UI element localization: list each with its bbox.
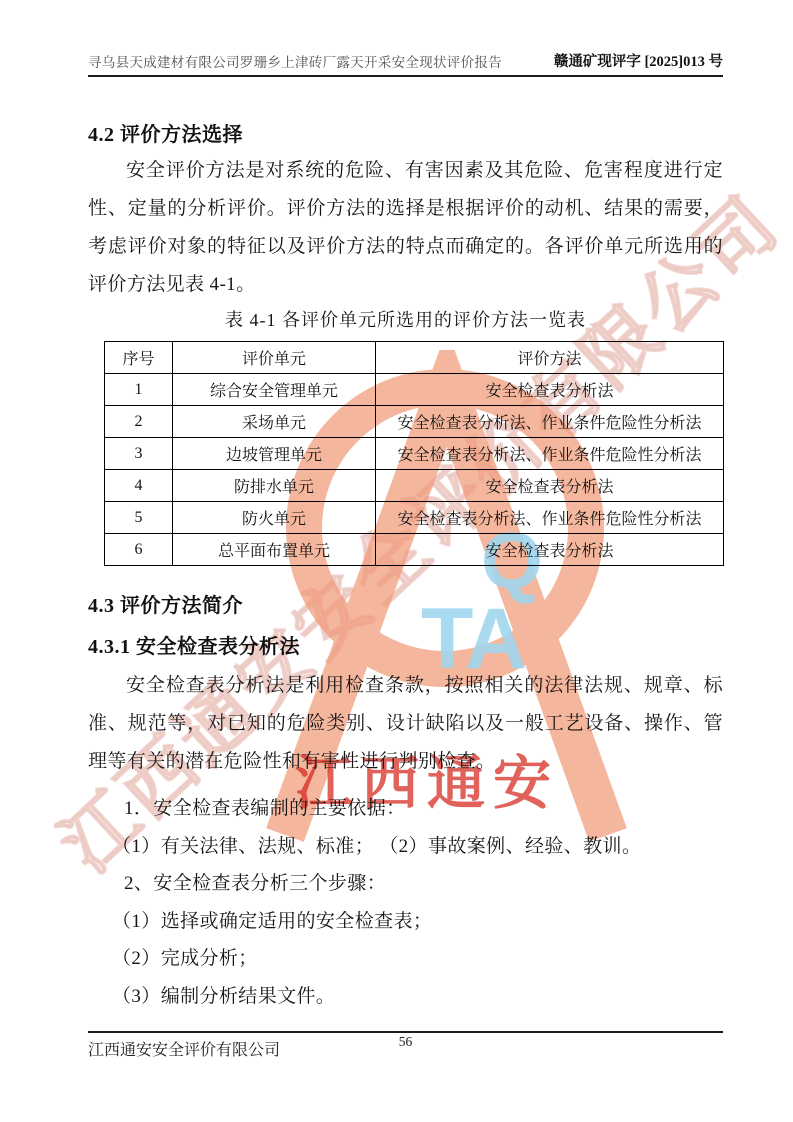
section-4-3-1-heading: 4.3.1 安全检查表分析法 xyxy=(88,630,723,659)
section-4-2-paragraph: 安全评价方法是对系统的危险、有害因素及其危险、危害程度进行定性、定量的分析评价。… xyxy=(88,152,723,304)
cell-index: 3 xyxy=(105,438,173,470)
cell-unit: 防排水单元 xyxy=(173,470,376,502)
cell-unit: 总平面布置单元 xyxy=(173,534,376,566)
table-row: 6 总平面布置单元 安全检查表分析法 xyxy=(105,534,724,566)
cell-index: 5 xyxy=(105,502,173,534)
list-item: （3）编制分析结果文件。 xyxy=(88,978,723,1016)
footer-rule xyxy=(88,1031,723,1033)
table-row: 1 综合安全管理单元 安全检查表分析法 xyxy=(105,374,724,406)
list-item: （2）完成分析； xyxy=(88,940,723,978)
col-header-unit: 评价单元 xyxy=(173,342,376,374)
page-header: 寻乌县天成建材有限公司罗珊乡上津砖厂露天开采安全现状评价报告 赣通矿现评字 [2… xyxy=(88,50,723,77)
table-row: 3 边坡管理单元 安全检查表分析法、作业条件危险性分析法 xyxy=(105,438,724,470)
evaluation-methods-table: 序号 评价单元 评价方法 1 综合安全管理单元 安全检查表分析法 2 采场单元 … xyxy=(104,341,724,566)
checklist-items: 1．安全检查表编制的主要依据： （1）有关法律、法规、标准； （2）事故案例、经… xyxy=(88,790,723,1016)
table-header-row: 序号 评价单元 评价方法 xyxy=(105,342,724,374)
list-item: （1）有关法律、法规、标准； （2）事故案例、经验、教训。 xyxy=(88,828,723,866)
page-content: 寻乌县天成建材有限公司罗珊乡上津砖厂露天开采安全现状评价报告 赣通矿现评字 [2… xyxy=(0,0,793,1122)
header-doc-number: 赣通矿现评字 [2025]013 号 xyxy=(554,50,723,71)
table-row: 2 采场单元 安全检查表分析法、作业条件危险性分析法 xyxy=(105,406,724,438)
document-page: 江西通安安全评价有限公司 Q TA 江西通安 寻乌县天成建材有限公司罗珊乡上津砖… xyxy=(0,0,793,1122)
table-4-1-caption: 表 4-1 各评价单元所选用的评价方法一览表 xyxy=(88,306,723,332)
cell-unit: 防火单元 xyxy=(173,502,376,534)
col-header-index: 序号 xyxy=(105,342,173,374)
header-report-title: 寻乌县天成建材有限公司罗珊乡上津砖厂露天开采安全现状评价报告 xyxy=(88,51,502,71)
page-number: 56 xyxy=(88,1034,723,1050)
cell-index: 4 xyxy=(105,470,173,502)
section-4-2-heading: 4.2 评价方法选择 xyxy=(88,118,723,147)
cell-unit: 综合安全管理单元 xyxy=(173,374,376,406)
section-4-3-1-paragraph: 安全检查表分析法是利用检查条款，按照相关的法律法规、规章、标准、规范等，对已知的… xyxy=(88,667,723,781)
list-item: 2、安全检查表分析三个步骤： xyxy=(88,865,723,903)
col-header-method: 评价方法 xyxy=(376,342,724,374)
table-row: 5 防火单元 安全检查表分析法、作业条件危险性分析法 xyxy=(105,502,724,534)
cell-method: 安全检查表分析法 xyxy=(376,470,724,502)
list-item: （1）选择或确定适用的安全检查表； xyxy=(88,903,723,941)
table-row: 4 防排水单元 安全检查表分析法 xyxy=(105,470,724,502)
cell-method: 安全检查表分析法 xyxy=(376,374,724,406)
cell-index: 6 xyxy=(105,534,173,566)
cell-method: 安全检查表分析法、作业条件危险性分析法 xyxy=(376,502,724,534)
list-item: 1．安全检查表编制的主要依据： xyxy=(88,790,723,828)
cell-method: 安全检查表分析法、作业条件危险性分析法 xyxy=(376,438,724,470)
cell-method: 安全检查表分析法 xyxy=(376,534,724,566)
cell-index: 2 xyxy=(105,406,173,438)
cell-method: 安全检查表分析法、作业条件危险性分析法 xyxy=(376,406,724,438)
cell-unit: 边坡管理单元 xyxy=(173,438,376,470)
cell-index: 1 xyxy=(105,374,173,406)
cell-unit: 采场单元 xyxy=(173,406,376,438)
section-4-3-heading: 4.3 评价方法简介 xyxy=(88,589,723,618)
